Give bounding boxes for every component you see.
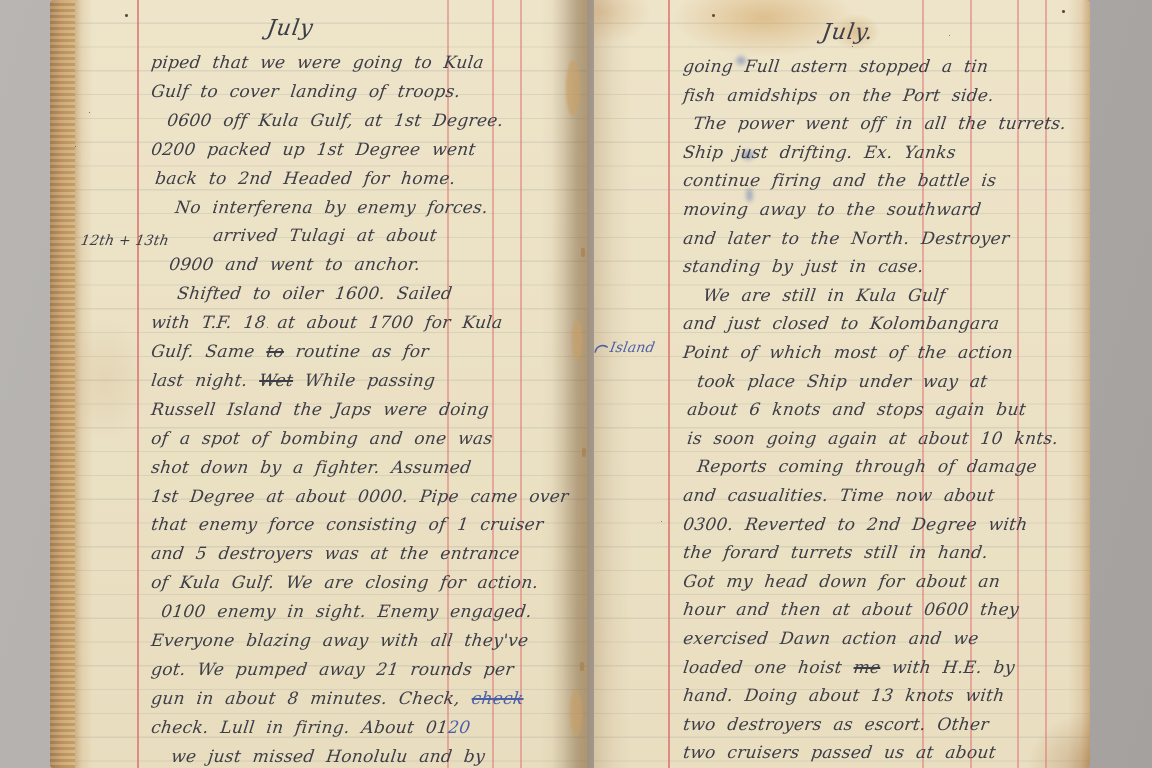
handwriting-line: hand. Doing about 13 knots with [682, 687, 1006, 706]
handwriting-line: arrived Tulagi at about [212, 227, 438, 246]
handwriting-segment: While passing [292, 371, 437, 391]
handwriting-line: Point of which most of the action [682, 344, 1014, 363]
handwriting-line: Ship just drifting. Ex. Yanks [682, 144, 957, 163]
margin-note-curve-icon [593, 342, 609, 354]
handwriting-line: piped that we were going to Kula [150, 54, 485, 73]
handwriting-line: Gulf to cover landing of troops. [150, 83, 461, 102]
right-page: July. Island going Full astern stopped a… [594, 0, 1090, 768]
handwriting-line: Gulf. Same to routine as for [150, 343, 430, 362]
handwriting-segment-blue: 20 [447, 718, 472, 738]
handwriting-line: 0100 enemy in sight. Enemy engaged. [160, 603, 533, 622]
binding-stitch [580, 662, 584, 671]
torn-page-edge [572, 320, 582, 360]
handwriting-line: going Full astern stopped a tin [682, 58, 989, 77]
handwriting-line: moving away to the southward [682, 201, 982, 220]
handwriting-line: last night. Wet While passing [150, 372, 436, 391]
handwriting-segment: loaded one hoist [682, 658, 855, 678]
handwriting-line: 0600 off Kula Gulf, at 1st Degree. [166, 112, 504, 131]
handwriting-line: shot down by a fighter. Assumed [150, 459, 472, 478]
handwriting-line: Russell Island the Japs were doing [150, 401, 490, 420]
torn-page-edge [570, 690, 582, 736]
left-page-month-header: July [265, 16, 315, 41]
red-margin-rule [668, 0, 670, 768]
handwriting-segment: routine as for [283, 342, 430, 362]
binding-stitch [582, 448, 586, 457]
handwriting-line: and 5 destroyers was at the entrance [150, 545, 521, 564]
handwriting-line: and casualities. Time now about [682, 487, 996, 506]
red-margin-rule [137, 0, 139, 768]
handwriting-line: hour and then at about 0600 they [682, 601, 1020, 620]
handwriting-line: is soon going again at about 10 knts. [686, 430, 1059, 449]
torn-page-edge [566, 60, 580, 116]
handwriting-line: The power went off in all the turrets. [692, 115, 1067, 134]
binding-stitch [581, 248, 585, 257]
handwriting-segment-strike: me [852, 658, 881, 678]
handwriting-line: continue firing and the battle is [682, 172, 997, 191]
handwriting-line: 0200 packed up 1st Degree went [150, 141, 477, 160]
red-column-rule [520, 0, 522, 768]
handwriting-line: exercised Dawn action and we [682, 630, 980, 649]
right-margin-island-note: Island [593, 340, 657, 356]
handwriting-segment-strike: Wet [258, 371, 294, 391]
handwriting-line: fish amidships on the Port side. [682, 87, 995, 106]
handwriting-line: about 6 knots and stops again but [686, 401, 1027, 420]
diary-photo: July 12th + 13th piped that we were goin… [0, 0, 1152, 768]
handwriting-line: and later to the North. Destroyer [682, 230, 1010, 249]
handwriting-line: the forard turrets still in hand. [682, 544, 989, 563]
handwriting-line: that enemy force consisting of 1 cruiser [150, 516, 544, 535]
dust-specks [0, 0, 3, 3]
margin-note-text: Island [609, 340, 657, 356]
handwriting-line: got. We pumped away 21 rounds per [150, 661, 515, 680]
handwriting-line: Shifted to oiler 1600. Sailed [176, 285, 453, 304]
handwriting-line: two destroyers as escort. Other [682, 716, 990, 735]
handwriting-line: of Kula Gulf. We are closing for action. [150, 574, 539, 593]
handwriting-segment: gun in about 8 minutes. Check, [150, 689, 473, 709]
left-page: July 12th + 13th piped that we were goin… [75, 0, 587, 768]
stacked-page-edges [50, 0, 77, 768]
handwriting-line: two cruisers passed us at about [682, 744, 997, 763]
handwriting-line: check. Lull in firing. About 0120 [150, 719, 471, 738]
handwriting-line: standing by just in case. [682, 258, 925, 277]
handwriting-line: Reports coming through of damage [696, 458, 1038, 477]
left-margin-date-note: 12th + 13th [80, 233, 171, 249]
handwriting-line: we just missed Honolulu and by [170, 748, 486, 767]
handwriting-line: 0300. Reverted to 2nd Degree with [682, 516, 1029, 535]
handwriting-segment: Gulf. Same [150, 342, 268, 362]
handwriting-line: gun in about 8 minutes. Check, check [150, 690, 525, 709]
handwriting-segment: last night. [150, 371, 260, 391]
handwriting-segment: check. Lull in firing. About 01 [150, 718, 449, 738]
handwriting-line: Got my head down for about an [682, 573, 1001, 592]
handwriting-line: 1st Degree at about 0000. Pipe came over [150, 488, 570, 507]
handwriting-line: We are still in Kula Gulf [702, 287, 947, 306]
handwriting-line: of a spot of bombing and one was [150, 430, 494, 449]
handwriting-line: 0900 and went to anchor. [168, 256, 421, 275]
handwriting-segment: with H.E. by [879, 658, 1016, 678]
handwriting-line: back to 2nd Headed for home. [154, 170, 457, 189]
right-page-month-header: July. [820, 20, 875, 45]
handwriting-line: and just closed to Kolombangara [682, 315, 1000, 334]
handwriting-line: Everyone blazing away with all they've [150, 632, 529, 651]
handwriting-line: took place Ship under way at [696, 373, 988, 392]
handwriting-line: with T.F. 18 at about 1700 for Kula [150, 314, 504, 333]
handwriting-segment-strike-blue: check [470, 689, 524, 709]
handwriting-line: loaded one hoist me with H.E. by [682, 659, 1016, 678]
handwriting-line: No interferena by enemy forces. [174, 199, 489, 218]
